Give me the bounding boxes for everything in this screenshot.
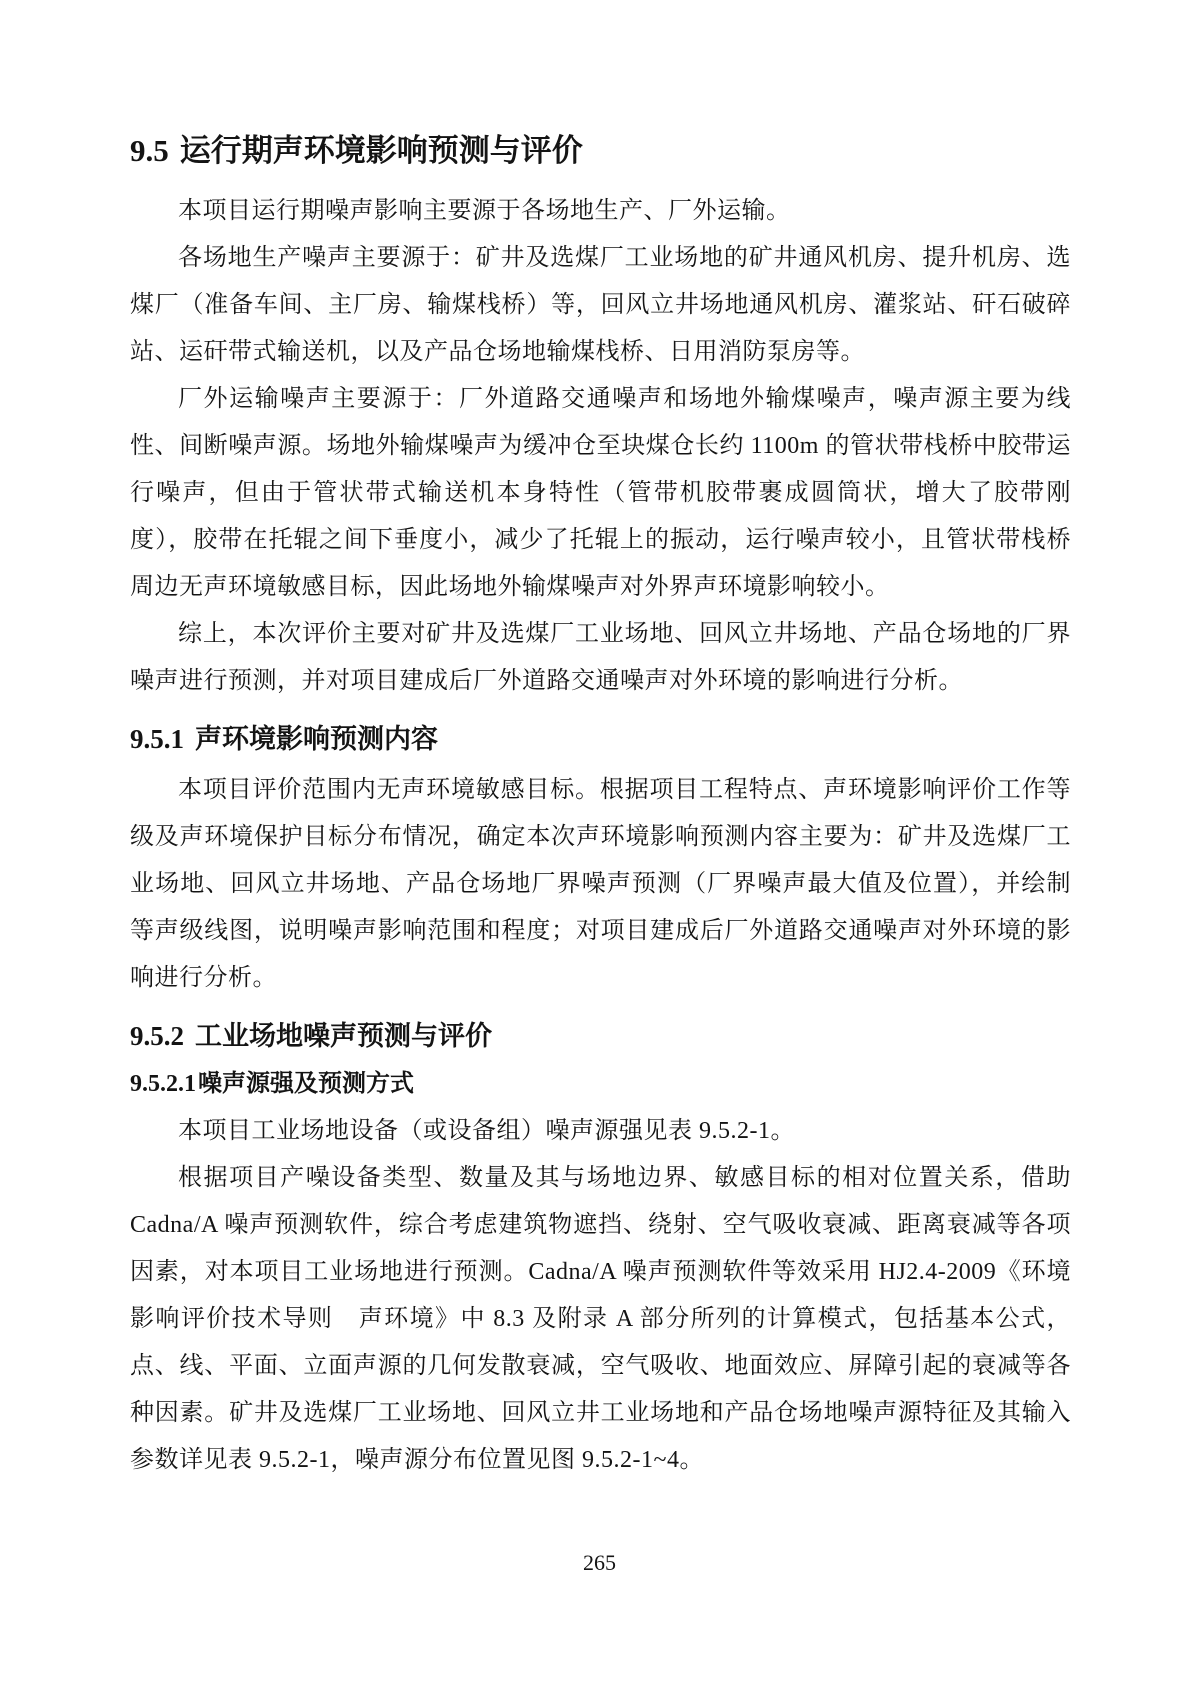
- paragraph-overview: 本项目运行期噪声影响主要源于各场地生产、厂外运输。: [130, 188, 1071, 235]
- heading-number: 9.5: [130, 133, 169, 168]
- paragraph-production-noise: 各场地生产噪声主要源于：矿井及选煤厂工业场地的矿井通风机房、提升机房、选煤厂（准…: [130, 235, 1071, 376]
- paragraph-prediction-content: 本项目评价范围内无声环境敏感目标。根据项目工程特点、声环境影响评价工作等级及声环…: [130, 767, 1071, 1002]
- page-content: 9.5运行期声环境影响预测与评价 本项目运行期噪声影响主要源于各场地生产、厂外运…: [130, 128, 1071, 1484]
- section-heading-9-5-2: 9.5.2工业场地噪声预测与评价: [130, 1016, 1071, 1056]
- section-heading-9-5-2-1: 9.5.2.1噪声源强及预测方式: [130, 1066, 1071, 1102]
- section-heading-9-5: 9.5运行期声环境影响预测与评价: [130, 128, 1071, 174]
- heading-title: 工业场地噪声预测与评价: [195, 1021, 492, 1051]
- heading-number: 9.5.1: [130, 724, 184, 754]
- heading-number: 9.5.2.1: [130, 1071, 196, 1097]
- document-page: 9.5运行期声环境影响预测与评价 本项目运行期噪声影响主要源于各场地生产、厂外运…: [0, 0, 1199, 1696]
- section-heading-9-5-1: 9.5.1声环境影响预测内容: [130, 719, 1071, 759]
- page-number: 265: [0, 1550, 1199, 1576]
- heading-title: 运行期声环境影响预测与评价: [180, 133, 583, 168]
- paragraph-summary: 综上，本次评价主要对矿井及选煤厂工业场地、回风立井场地、产品仓场地的厂界噪声进行…: [130, 611, 1071, 705]
- paragraph-transport-noise: 厂外运输噪声主要源于：厂外道路交通噪声和场地外输煤噪声，噪声源主要为线性、间断噪…: [130, 376, 1071, 611]
- paragraph-source-strength: 本项目工业场地设备（或设备组）噪声源强见表 9.5.2-1。: [130, 1108, 1071, 1155]
- heading-number: 9.5.2: [130, 1021, 184, 1051]
- paragraph-prediction-method: 根据项目产噪设备类型、数量及其与场地边界、敏感目标的相对位置关系，借助 Cadn…: [130, 1155, 1071, 1484]
- heading-title: 声环境影响预测内容: [195, 724, 438, 754]
- heading-title: 噪声源强及预测方式: [198, 1070, 414, 1097]
